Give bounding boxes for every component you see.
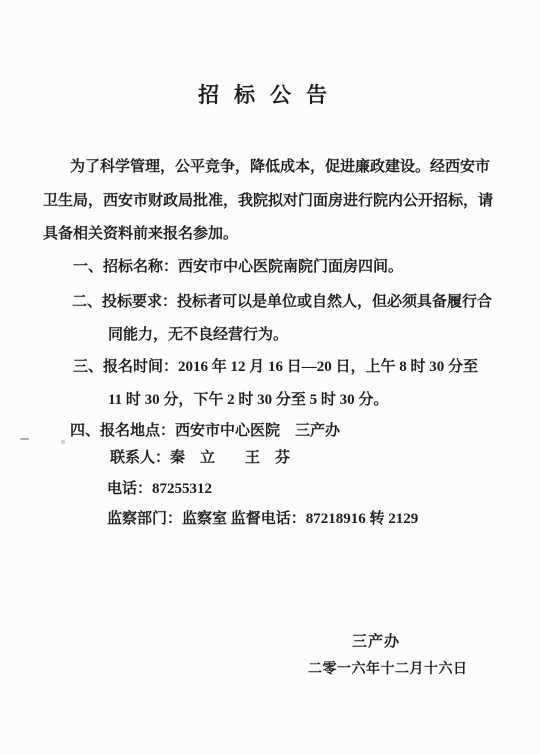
item-2-number: 二、 xyxy=(72,294,102,310)
issue-date: 二零一六年十二月十六日 xyxy=(308,659,468,681)
item-4-line-1: 四、报名地点：西安市中心医院 三产办 xyxy=(70,420,340,442)
intro-line-3: 具备相关资料前来报名参加。 xyxy=(43,223,238,245)
item-3-line-2: 11 时 30 分，下午 2 时 30 分至 5 时 30 分。 xyxy=(108,389,388,411)
item-2-text: 投标要求：投标者可以是单位或自然人，但必须具备履行合 xyxy=(102,294,492,310)
supervision-line: 监察部门：监察室 监督电话：87218916 转 2129 xyxy=(107,508,418,530)
contact-person-line: 联系人：秦 立 王 芬 xyxy=(110,447,290,469)
item-4-number: 四、 xyxy=(70,423,100,439)
intro-line-2: 卫生局，西安市财政局批准，我院拟对门面房进行院内公开招标，请 xyxy=(43,190,493,212)
item-2-line-2: 同能力，无不良经营行为。 xyxy=(108,324,288,346)
item-1-line-1: 一、招标名称：西安市中心医院南院门面房四间。 xyxy=(73,256,403,278)
scan-speck xyxy=(20,438,29,440)
scan-speck xyxy=(61,440,65,444)
item-3-line-1: 三、报名时间：2016 年 12 月 16 日—20 日，上午 8 时 30 分… xyxy=(73,356,478,378)
notice-title: 招标公告 xyxy=(0,82,540,108)
item-1-text: 招标名称：西安市中心医院南院门面房四间。 xyxy=(103,259,403,275)
signer-name: 三产办 xyxy=(352,631,400,653)
intro-line-1: 为了科学管理，公平竞争，降低成本，促进廉政建设。经西安市 xyxy=(70,156,490,178)
item-4-text: 报名地点：西安市中心医院 三产办 xyxy=(100,423,340,439)
item-2-line-1: 二、投标要求：投标者可以是单位或自然人，但必须具备履行合 xyxy=(72,291,492,313)
contact-phone-line: 电话：87255312 xyxy=(107,478,212,500)
item-1-number: 一、 xyxy=(73,259,103,275)
scanned-notice-page: 招标公告 为了科学管理，公平竞争，降低成本，促进廉政建设。经西安市 卫生局，西安… xyxy=(0,0,540,754)
item-3-number: 三、 xyxy=(73,359,103,375)
item-3-text: 报名时间：2016 年 12 月 16 日—20 日，上午 8 时 30 分至 xyxy=(103,359,478,375)
